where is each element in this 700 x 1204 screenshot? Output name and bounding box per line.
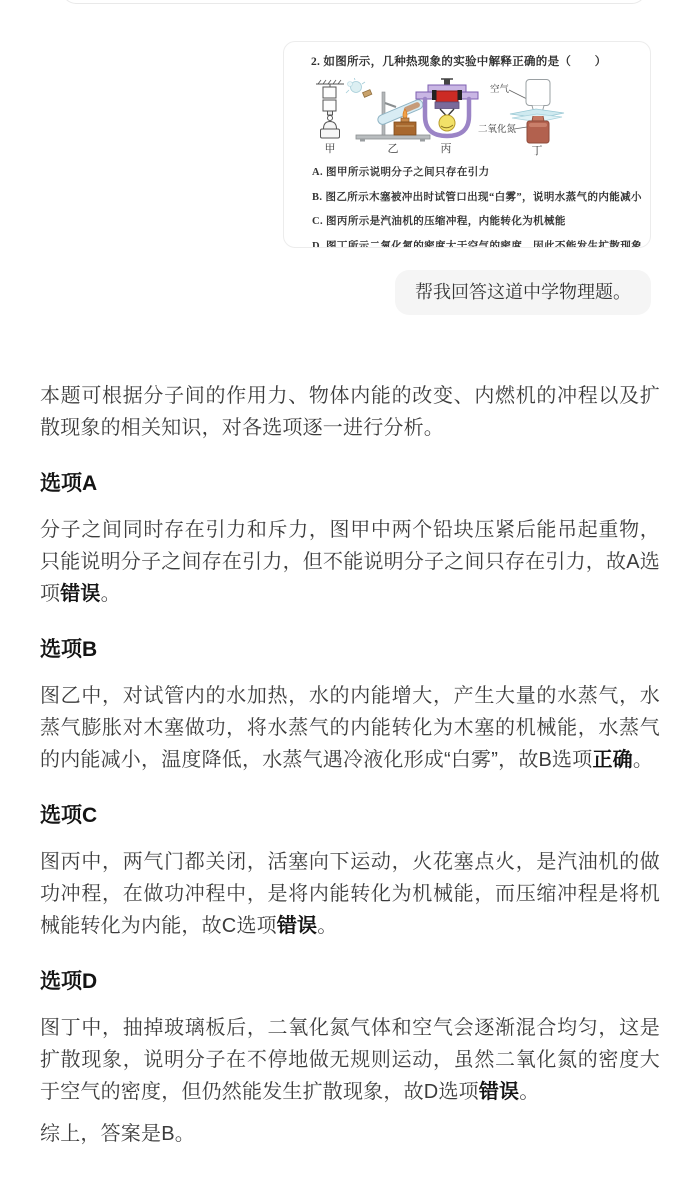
intake-valve — [432, 90, 437, 100]
user-message-bubble: 帮我回答这道中学物理题。 — [395, 270, 651, 315]
section-c-body: 图丙中，两气门都关闭，活塞向下运动，火花塞点火，是汽油机的做功冲程，在做功冲程中… — [40, 851, 660, 937]
figure-label-ding: 丁 — [532, 144, 543, 157]
question-option-c: C. 图丙所示是汽油机的压缩冲程，内能转化为机械能 — [312, 213, 644, 228]
section-c-heading: 选项C — [40, 802, 660, 830]
cork — [363, 90, 372, 98]
section-c-paragraph: 图丙中，两气门都关闭，活塞向下运动，火花塞点火，是汽油机的做功冲程，在做功冲程中… — [40, 846, 660, 942]
section-a-paragraph: 分子之间同时存在引力和斥力，图甲中两个铅块压紧后能吊起重物，只能说明分子之间存在… — [40, 514, 660, 610]
section-b-period: 。 — [633, 749, 653, 771]
figure-label-yi: 乙 — [388, 142, 399, 155]
section-d-body: 图丁中，抽掉玻璃板后，二氧化氮气体和空气会逐渐混合均匀，这是扩散现象，说明分子在… — [40, 1017, 660, 1103]
question-figures: 甲 — [306, 78, 638, 163]
no2-annotation: 二氧化氮 — [478, 123, 517, 135]
section-d-period: 。 — [519, 1081, 539, 1103]
section-d-paragraph: 图丁中，抽掉玻璃板后，二氧化氮气体和空气会逐渐混合均匀，这是扩散现象，说明分子在… — [40, 1012, 660, 1108]
section-d-verdict: 错误 — [479, 1081, 519, 1103]
question-image-attachment[interactable]: 2. 如图所示，几种热现象的实验中解释正确的是（ ） 甲 — [283, 41, 651, 248]
user-message-text: 帮我回答这道中学物理题。 — [415, 282, 631, 302]
air-bottle — [526, 80, 550, 112]
user-message-row: 帮我回答这道中学物理题。 — [395, 270, 651, 315]
section-b-heading: 选项B — [40, 636, 660, 664]
question-options: A. 图甲所示说明分子之间只存在引力 B. 图乙所示木塞被冲出时试管口出现“白雾… — [312, 164, 644, 248]
alcohol-lamp — [394, 122, 416, 135]
stand-base — [356, 135, 430, 139]
chat-page: 2. 如图所示，几种热现象的实验中解释正确的是（ ） 甲 — [0, 0, 700, 1204]
piston — [435, 102, 459, 109]
section-a-body: 分子之间同时存在引力和斥力，图甲中两个铅块压紧后能吊起重物，只能说明分子之间存在… — [40, 519, 660, 605]
conclusion-text: 综上，答案是B。 — [40, 1118, 660, 1150]
question-title: 2. 如图所示，几种热现象的实验中解释正确的是（ ） — [311, 53, 644, 69]
section-a-verdict: 错误 — [60, 583, 100, 605]
figure-lead-blocks — [316, 80, 344, 138]
question-option-b: B. 图乙所示木塞被冲出时试管口出现“白雾”，说明水蒸气的内能减小 — [312, 189, 644, 204]
figure-test-tube-experiment — [346, 78, 430, 142]
response-intro: 本题可根据分子间的作用力、物体内能的改变、内燃机的冲程以及扩散现象的相关知识，对… — [40, 380, 660, 444]
section-a-heading: 选项A — [40, 470, 660, 498]
section-c-verdict: 错误 — [277, 915, 317, 937]
figure-engine-cylinder — [416, 79, 478, 136]
crank-wheel — [439, 115, 455, 131]
section-a-period: 。 — [101, 583, 121, 605]
section-b-body: 图乙中，对试管内的水加热，水的内能增大，产生大量的水蒸气，水蒸气膨胀对木塞做功，… — [40, 685, 660, 771]
previous-attachment-stub[interactable] — [62, 0, 646, 4]
section-d-heading: 选项D — [40, 968, 660, 996]
section-c-period: 。 — [317, 915, 337, 937]
assistant-response: 本题可根据分子间的作用力、物体内能的改变、内燃机的冲程以及扩散现象的相关知识，对… — [40, 380, 660, 1150]
air-annotation: 空气 — [490, 83, 510, 95]
section-b-paragraph: 图乙中，对试管内的水加热，水的内能增大，产生大量的水蒸气，水蒸气膨胀对木塞做功，… — [40, 680, 660, 776]
question-option-a: A. 图甲所示说明分子之间只存在引力 — [312, 164, 644, 179]
section-b-verdict: 正确 — [592, 749, 632, 771]
figure-label-bing: 丙 — [441, 142, 452, 155]
figure-diffusion-bottles: 空气 二氧化氮 — [478, 80, 564, 144]
combustion-chamber — [436, 91, 458, 102]
exhaust-valve — [458, 90, 463, 100]
figure-label-jia: 甲 — [325, 142, 336, 155]
physics-diagrams: 甲 — [306, 78, 638, 158]
steam-puff — [346, 78, 365, 93]
question-option-d: D. 图丁所示二氧化氮的密度大于空气的密度，因此不能发生扩散现象 — [312, 238, 644, 249]
